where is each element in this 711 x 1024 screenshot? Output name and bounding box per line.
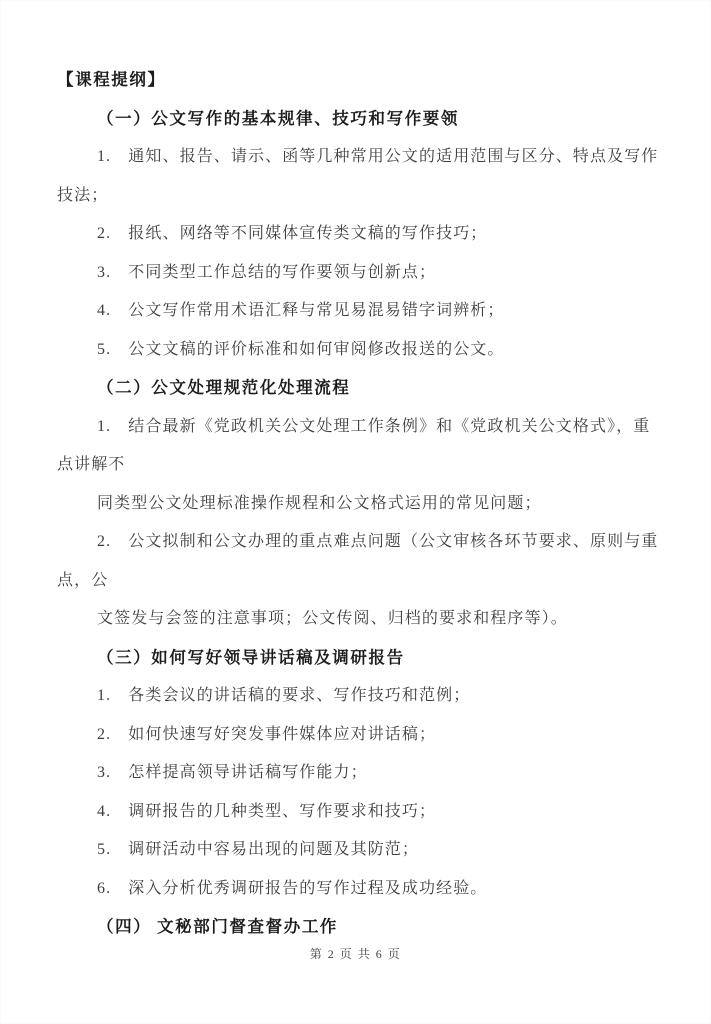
paragraph-line: 6. 深入分析优秀调研报告的写作过程及成功经验。 [57,870,657,909]
paragraph-line: 1. 通知、报告、请示、函等几种常用公文的适用范围与区分、特点及写作 [57,138,657,177]
paragraph-line: 点，公 [57,562,657,601]
paragraph-line: 技法； [57,177,657,216]
page-footer: 第 2 页 共 6 页 [0,944,711,964]
document-title: 【课程提纲】 [57,61,657,100]
paragraph-line: 3. 不同类型工作总结的写作要领与创新点； [57,254,657,293]
section-heading: （四） 文秘部门督查督办工作 [57,908,657,947]
paragraph-line: 2. 报纸、网络等不同媒体宣传类文稿的写作技巧； [57,215,657,254]
paragraph-line: 3. 怎样提高领导讲话稿写作能力； [57,754,657,793]
paragraph-line: 5. 调研活动中容易出现的问题及其防范； [57,831,657,870]
document-body: 【课程提纲】（一）公文写作的基本规律、技巧和写作要领1. 通知、报告、请示、函等… [57,61,657,947]
section-heading: （三）如何写好领导讲话稿及调研报告 [57,639,657,678]
paragraph-line: 2. 如何快速写好突发事件媒体应对讲话稿； [57,716,657,755]
paragraph-line: 文签发与会签的注意事项；公文传阅、归档的要求和程序等）。 [57,600,657,639]
paragraph-line: 4. 公文写作常用术语汇释与常见易混易错字词辨析； [57,292,657,331]
paragraph-line: 同类型公文处理标准操作规程和公文格式运用的常见问题； [57,485,657,524]
section-heading: （二）公文处理规范化处理流程 [57,369,657,408]
paragraph-line: 1. 各类会议的讲话稿的要求、写作技巧和范例； [57,677,657,716]
paragraph-line: 4. 调研报告的几种类型、写作要求和技巧； [57,793,657,832]
paragraph-line: 1. 结合最新《党政机关公文处理工作条例》和《党政机关公文格式》，重 [57,408,657,447]
paragraph-line: 2. 公文拟制和公文办理的重点难点问题（公文审核各环节要求、原则与重 [57,523,657,562]
section-heading: （一）公文写作的基本规律、技巧和写作要领 [57,100,657,139]
paragraph-line: 5. 公文文稿的评价标准和如何审阅修改报送的公文。 [57,331,657,370]
document-page: 【课程提纲】（一）公文写作的基本规律、技巧和写作要领1. 通知、报告、请示、函等… [0,0,711,1024]
paragraph-line: 点讲解不 [57,446,657,485]
